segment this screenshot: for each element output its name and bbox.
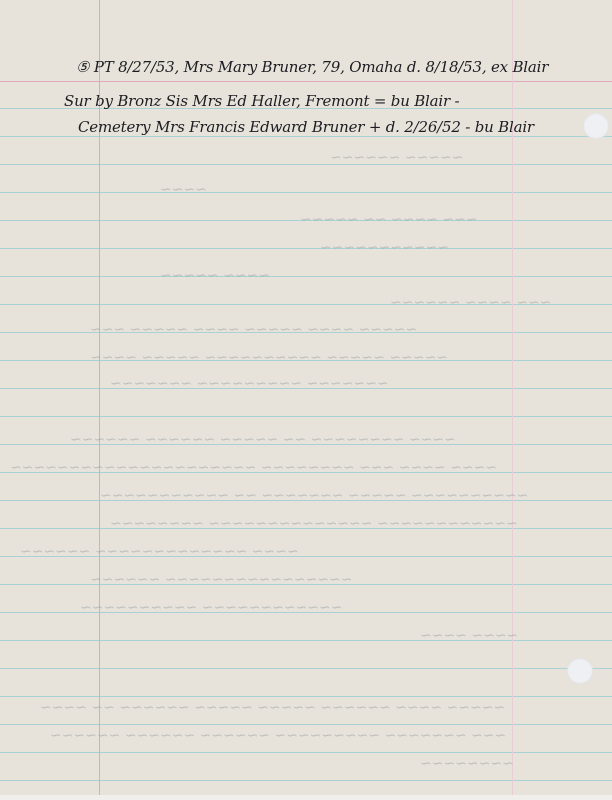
top-rule-line xyxy=(0,81,612,82)
handwritten-line-2: Sur by Bronz Sis Mrs Ed Haller, Fremont … xyxy=(64,92,459,110)
handwritten-line-1: ⑤ PT 8/27/53, Mrs Mary Bruner, 79, Omaha… xyxy=(76,58,548,76)
punch-hole-bottom xyxy=(567,658,593,684)
scanned-page: ~~~~~ ~~~~~~ ~~~~ ~~~ ~~~~ ~~ ~~~~~ ~~~~… xyxy=(0,0,612,800)
handwritten-line-3: Cemetery Mrs Francis Edward Bruner + d. … xyxy=(78,118,534,136)
scan-bottom-edge xyxy=(0,795,612,800)
punch-hole-top xyxy=(583,113,609,139)
